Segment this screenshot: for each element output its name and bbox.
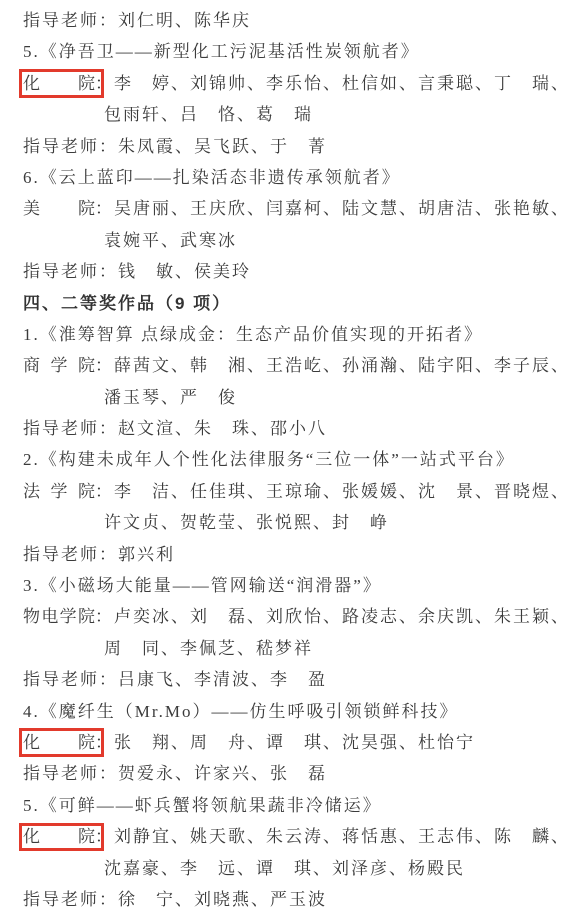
work-title-line-text: 3.《小磁场大能量——管网输送“润滑器”》 [23, 570, 382, 601]
work-title-line: 5.《净吾卫——新型化工污泥基活性炭领航者》 [0, 36, 580, 67]
college-label-char: 美 [23, 193, 40, 224]
college-line: 物电学院：卢奕冰、刘 磊、刘欣怡、路凌志、余庆凯、朱王颖、 [0, 601, 580, 632]
college-label: 物电学院 [23, 601, 95, 632]
teacher-line: 指导老师：赵文渲、朱 珠、邵小八 [0, 413, 580, 444]
college-label-char: 院 [78, 727, 95, 758]
college-label-char: 电 [41, 601, 58, 632]
teacher-line-text: 指导老师：贺爱永、许家兴、张 磊 [23, 758, 327, 789]
names-wrap-line: 许文贞、贺乾莹、张悦熙、封 峥 [0, 507, 580, 538]
names-wrap-line: 潘玉琴、严 俊 [0, 382, 580, 413]
member-names: 刘静宜、姚天歌、朱云涛、蒋恬惠、王志伟、陈 麟、 [114, 821, 570, 852]
college-label-char: 院 [78, 350, 95, 381]
label-colon: ： [95, 601, 114, 632]
teacher-line: 指导老师：朱凤霞、吴飞跃、于 菁 [0, 131, 580, 162]
names-wrap-line-text: 沈嘉豪、李 远、谭 琪、刘泽彦、杨殿民 [104, 853, 465, 884]
college-label: 化院 [23, 727, 95, 758]
college-label: 美院 [23, 193, 95, 224]
work-title-line-text: 6.《云上蓝印——扎染活态非遗传承领航者》 [23, 162, 401, 193]
teacher-line: 指导老师：吕康飞、李清波、李 盈 [0, 664, 580, 695]
college-label-char: 院 [78, 68, 95, 99]
label-colon: ： [95, 727, 114, 758]
teacher-line: 指导老师：郭兴利 [0, 539, 580, 570]
work-title-line: 1.《淮筹智算 点绿成金：生态产品价值实现的开拓者》 [0, 319, 580, 350]
names-wrap-line: 周 同、李佩芝、嵇梦祥 [0, 633, 580, 664]
member-names: 吴唐丽、王庆欣、闫嘉柯、陆文慧、胡唐洁、张艳敏、 [114, 193, 570, 224]
work-title-line-text: 4.《魔纤生（Mr.Mo）——仿生呼吸引领锁鲜科技》 [23, 696, 458, 727]
names-wrap-line-text: 包雨轩、吕 恪、葛 瑞 [104, 99, 313, 130]
teacher-line: 指导老师：徐 宁、刘晓燕、严玉波 [0, 884, 580, 915]
label-colon: ： [95, 193, 114, 224]
college-label-char: 院 [78, 821, 95, 852]
label-colon: ： [95, 350, 114, 381]
names-wrap-line: 沈嘉豪、李 远、谭 琪、刘泽彦、杨殿民 [0, 853, 580, 884]
teacher-line-text: 指导老师：钱 敏、侯美玲 [23, 256, 251, 287]
college-label-char: 院 [78, 601, 95, 632]
teacher-line-text: 指导老师：郭兴利 [23, 539, 175, 570]
college-label: 法学院 [23, 476, 95, 507]
teacher-line: 指导老师：贺爱永、许家兴、张 磊 [0, 758, 580, 789]
teacher-line-text: 指导老师：朱凤霞、吴飞跃、于 菁 [23, 131, 327, 162]
names-wrap-line: 袁婉平、武寒冰 [0, 225, 580, 256]
work-title-line: 6.《云上蓝印——扎染活态非遗传承领航者》 [0, 162, 580, 193]
section-heading-text: 四、二等奖作品（9 项） [23, 288, 231, 319]
work-title-line: 5.《可鲜——虾兵蟹将领航果蔬非冷储运》 [0, 790, 580, 821]
names-wrap-line-text: 潘玉琴、严 俊 [104, 382, 237, 413]
college-line: 化院：张 翔、周 舟、谭 琪、沈昊强、杜怡宁 [0, 727, 580, 758]
member-names: 张 翔、周 舟、谭 琪、沈昊强、杜怡宁 [114, 727, 475, 758]
college-label-char: 化 [23, 821, 40, 852]
teacher-line-text: 指导老师：吕康飞、李清波、李 盈 [23, 664, 327, 695]
member-names: 李 婷、刘锦帅、李乐怡、杜信如、言秉聪、丁 瑞、 [114, 68, 570, 99]
teacher-line-text: 指导老师：徐 宁、刘晓燕、严玉波 [23, 884, 327, 915]
college-line: 美院：吴唐丽、王庆欣、闫嘉柯、陆文慧、胡唐洁、张艳敏、 [0, 193, 580, 224]
section-heading: 四、二等奖作品（9 项） [0, 288, 580, 319]
names-wrap-line-text: 周 同、李佩芝、嵇梦祥 [104, 633, 313, 664]
label-colon: ： [95, 476, 114, 507]
college-label-char: 物 [23, 601, 40, 632]
college-line: 法学院：李 洁、任佳琪、王琼瑜、张媛媛、沈 景、晋晓煜、 [0, 476, 580, 507]
label-colon: ： [95, 821, 114, 852]
college-label-char: 学 [51, 350, 68, 381]
work-title-line-text: 5.《净吾卫——新型化工污泥基活性炭领航者》 [23, 36, 420, 67]
college-label: 化院 [23, 821, 95, 852]
member-names: 卢奕冰、刘 磊、刘欣怡、路凌志、余庆凯、朱王颖、 [114, 601, 570, 632]
college-label-char: 学 [51, 476, 68, 507]
names-wrap-line-text: 袁婉平、武寒冰 [104, 225, 237, 256]
work-title-line: 2.《构建未成年人个性化法律服务“三位一体”一站式平台》 [0, 444, 580, 475]
college-label-char: 化 [23, 727, 40, 758]
college-line: 化院：李 婷、刘锦帅、李乐怡、杜信如、言秉聪、丁 瑞、 [0, 68, 580, 99]
member-names: 薛茜文、韩 湘、王浩屹、孙涌瀚、陆宇阳、李子辰、 [114, 350, 570, 381]
college-label-char: 学 [60, 601, 77, 632]
work-title-line-text: 2.《构建未成年人个性化法律服务“三位一体”一站式平台》 [23, 444, 515, 475]
document-page: 指导老师：刘仁明、陈华庆5.《净吾卫——新型化工污泥基活性炭领航者》化院：李 婷… [0, 0, 580, 918]
college-label-char: 院 [78, 193, 95, 224]
college-label-char: 商 [23, 350, 40, 381]
teacher-line-text: 指导老师：刘仁明、陈华庆 [23, 5, 251, 36]
college-label-char: 化 [23, 68, 40, 99]
college-label-char: 院 [78, 476, 95, 507]
teacher-line: 指导老师：刘仁明、陈华庆 [0, 5, 580, 36]
work-title-line-text: 1.《淮筹智算 点绿成金：生态产品价值实现的开拓者》 [23, 319, 483, 350]
member-names: 李 洁、任佳琪、王琼瑜、张媛媛、沈 景、晋晓煜、 [114, 476, 570, 507]
work-title-line: 4.《魔纤生（Mr.Mo）——仿生呼吸引领锁鲜科技》 [0, 696, 580, 727]
college-line: 化院：刘静宜、姚天歌、朱云涛、蒋恬惠、王志伟、陈 麟、 [0, 821, 580, 852]
college-label: 商学院 [23, 350, 95, 381]
label-colon: ： [95, 68, 114, 99]
teacher-line: 指导老师：钱 敏、侯美玲 [0, 256, 580, 287]
work-title-line-text: 5.《可鲜——虾兵蟹将领航果蔬非冷储运》 [23, 790, 382, 821]
college-line: 商学院：薛茜文、韩 湘、王浩屹、孙涌瀚、陆宇阳、李子辰、 [0, 350, 580, 381]
names-wrap-line-text: 许文贞、贺乾莹、张悦熙、封 峥 [104, 507, 389, 538]
college-label-char: 法 [23, 476, 40, 507]
teacher-line-text: 指导老师：赵文渲、朱 珠、邵小八 [23, 413, 327, 444]
work-title-line: 3.《小磁场大能量——管网输送“润滑器”》 [0, 570, 580, 601]
names-wrap-line: 包雨轩、吕 恪、葛 瑞 [0, 99, 580, 130]
document-body: 指导老师：刘仁明、陈华庆5.《净吾卫——新型化工污泥基活性炭领航者》化院：李 婷… [0, 0, 580, 915]
college-label: 化院 [23, 68, 95, 99]
